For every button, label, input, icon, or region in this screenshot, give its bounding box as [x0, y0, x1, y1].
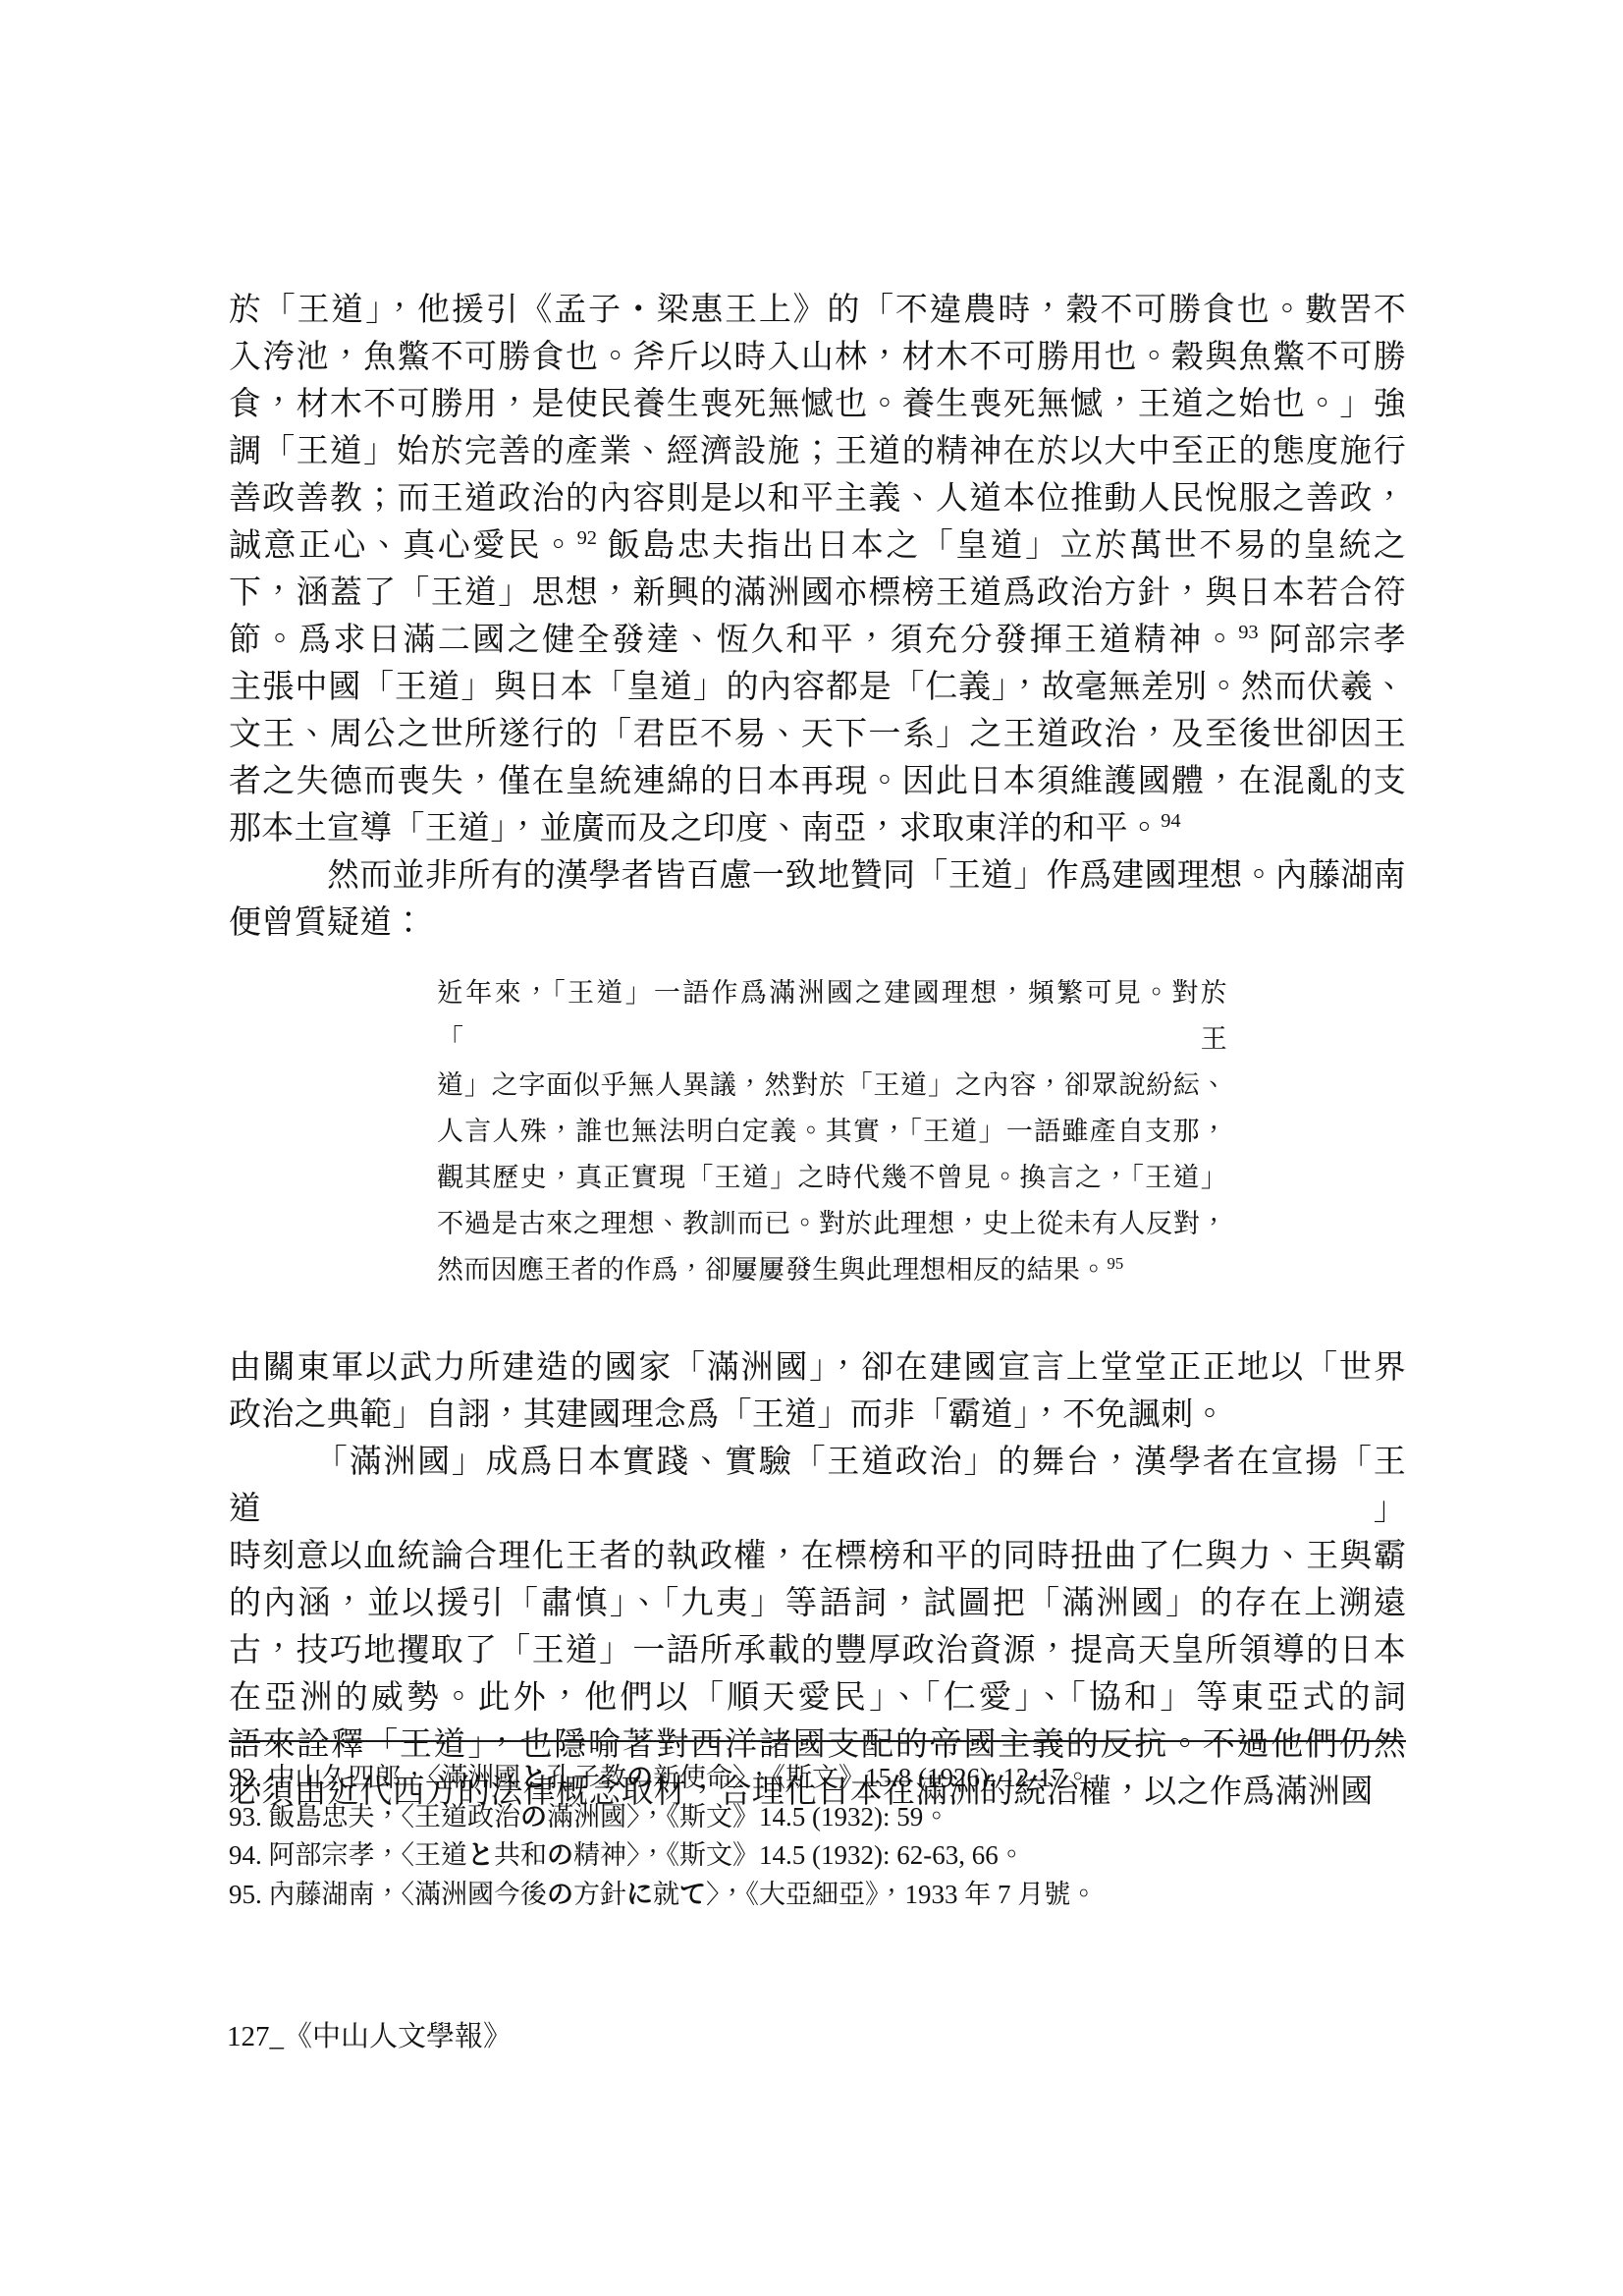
text-line: 節。爲求日滿二國之健全發達、恆久和平，須充分發揮王道精神。93 阿部宗孝 [229, 617, 1406, 664]
paragraph-1: 於「王道」，他援引《孟子・梁惠王上》的「不違農時，穀不可勝食也。數罟不入洿池，魚… [229, 287, 1406, 852]
text-line: 入洿池，魚鱉不可勝食也。斧斤以時入山林，材木不可勝用也。穀與魚鱉不可勝 [229, 334, 1406, 381]
kana-text: の [520, 1802, 547, 1831]
text-line: 誠意正心、真心愛民。92 飯島忠夫指出日本之「皇道」立於萬世不易的皇統之 [229, 522, 1406, 570]
text-line: 近年來，「王道」一語作爲滿洲國之建國理想，頻繁可見。對於「王 [437, 970, 1227, 1063]
paragraph-2: 然而並非所有的漢學者皆百慮一致地贊同「王道」作爲建國理想。內藤湖南便曾質疑道： [229, 852, 1406, 947]
text-line: 的內涵，並以援引「肅慎」、「九夷」等語詞，試圖把「滿洲國」的存在上溯遠 [229, 1580, 1406, 1627]
text-line: 在亞洲的威勢。此外，他們以「順天愛民」、「仁愛」、「協和」等東亞式的詞 [229, 1674, 1406, 1722]
text-line: 下，涵蓋了「王道」思想，新興的滿洲國亦標榜王道爲政治方針，與日本若合符 [229, 570, 1406, 617]
footnote-ref: 95 [1108, 1254, 1124, 1273]
kana-text: と [467, 1840, 494, 1870]
kana-text: の [626, 1763, 653, 1792]
text-line: 古，技巧地攫取了「王道」一語所承載的豐厚政治資源，提高天皇所領導的日本 [229, 1627, 1406, 1674]
text-line: 便曾質疑道： [229, 900, 1406, 947]
body-text: 於「王道」，他援引《孟子・梁惠王上》的「不違農時，穀不可勝食也。數罟不入洿池，魚… [229, 287, 1406, 1816]
text-line: 不過是古來之理想、教訓而已。對於此理想，史上從未有人反對， [437, 1201, 1227, 1247]
text-line: 於「王道」，他援引《孟子・梁惠王上》的「不違農時，穀不可勝食也。數罟不 [229, 287, 1406, 334]
text-line: 者之失德而喪失，僅在皇統連綿的日本再現。因此日本須維護國體，在混亂的支 [229, 758, 1406, 805]
text-line: 食，材木不可勝用，是使民養生喪死無憾也。養生喪死無憾，王道之始也。」強 [229, 381, 1406, 428]
text-line: 人言人殊，誰也無法明白定義。其實，「王道」一語雖產自支那， [437, 1109, 1227, 1155]
footnote-separator-rule [229, 1740, 1406, 1742]
page-number-footer: 127_《中山人文學報》 [227, 2019, 512, 2054]
journal-page: 於「王道」，他援引《孟子・梁惠王上》的「不違農時，穀不可勝食也。數罟不入洿池，魚… [0, 0, 1623, 2296]
block-quote: 近年來，「王道」一語作爲滿洲國之建國理想，頻繁可見。對於「王道」之字面似乎無人異… [437, 970, 1227, 1293]
text-line: 然而因應王者的作爲，卻屢屢發生與此理想相反的結果。95 [437, 1247, 1227, 1293]
text-line: 然而並非所有的漢學者皆百慮一致地贊同「王道」作爲建國理想。內藤湖南 [229, 852, 1406, 900]
text-line: 「滿洲國」成爲日本實踐、實驗「王道政治」的舞台，漢學者在宣揚「王道」 [229, 1439, 1406, 1533]
text-line: 道」之字面似乎無人異議，然對於「王道」之內容，卻眾說紛紜、 [437, 1063, 1227, 1109]
kana-text: の [547, 1880, 573, 1909]
footnotes: 92. 中山久四郎，〈滿洲國と孔子教の新使命〉，《斯文》15.8 (1926):… [229, 1759, 1406, 1914]
footnote-ref: 92 [577, 527, 597, 549]
text-line: 由關東軍以武力所建造的國家「滿洲國」，卻在建國宣言上堂堂正正地以「世界 [229, 1344, 1406, 1392]
kana-text: と [520, 1763, 547, 1792]
kana-text: て [679, 1880, 706, 1909]
text-line: 主張中國「王道」與日本「皇道」的內容都是「仁義」，故毫無差別。然而伏羲、 [229, 664, 1406, 711]
text-line: 時刻意以血統論合理化王者的執政權，在標榜和平的同時扭曲了仁與力、王與霸 [229, 1533, 1406, 1580]
text-line: 那本土宣導「王道」，並廣而及之印度、南亞，求取東洋的和平。94 [229, 805, 1406, 852]
text-line: 善政善教；而王道政治的內容則是以和平主義、人道本位推動人民悅服之善政， [229, 475, 1406, 522]
text-line: 92. 中山久四郎，〈滿洲國と孔子教の新使命〉，《斯文》15.8 (1926):… [229, 1759, 1406, 1798]
text-line: 調「王道」始於完善的產業、經濟設施；王道的精神在於以大中至正的態度施行 [229, 428, 1406, 475]
text-line: 文王、周公之世所遂行的「君臣不易、天下一系」之王道政治，及至後世卻因王 [229, 711, 1406, 758]
text-line: 政治之典範」自詡，其建國理念爲「王道」而非「霸道」，不免諷刺。 [229, 1392, 1406, 1439]
text-line: 94. 阿部宗孝，〈王道と共和の精神〉，《斯文》14.5 (1932): 62-… [229, 1836, 1406, 1876]
text-line: 觀其歷史，真正實現「王道」之時代幾不曾見。換言之，「王道」 [437, 1155, 1227, 1201]
kana-text: の [547, 1840, 573, 1870]
footnote-ref: 94 [1161, 810, 1180, 832]
kana-text: に [626, 1880, 653, 1909]
text-line: 95. 內藤湖南，〈滿洲國今後の方針に就て〉，《大亞細亞》，1933 年 7 月… [229, 1876, 1406, 1915]
paragraph-3: 由關東軍以武力所建造的國家「滿洲國」，卻在建國宣言上堂堂正正地以「世界政治之典範… [229, 1344, 1406, 1439]
text-line: 93. 飯島忠夫，〈王道政治の滿洲國〉，《斯文》14.5 (1932): 59。 [229, 1798, 1406, 1837]
footnote-ref: 93 [1238, 622, 1258, 643]
